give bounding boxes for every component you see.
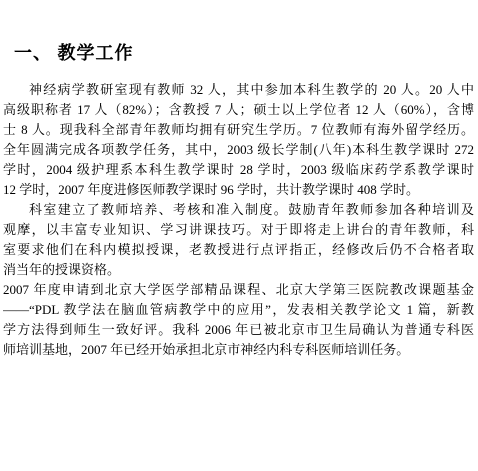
text-line: 科室建立了教师培养、考核和准入制度。鼓励青年教师参加各种培训及 bbox=[3, 200, 474, 220]
text-line: 神经病学教研室现有教师 32 人，其中参加本科生教学的 20 人。20 人中 bbox=[3, 80, 474, 100]
text-line: 全年圆满完成各项教学任务，其中，2003 级长学制(八年)本科生教学课时 272 bbox=[3, 140, 474, 160]
section-heading: 一、 教学工作 bbox=[14, 42, 478, 64]
text-line: 2007 年度申请到北京大学医学部精品课程、北京大学第三医院教改课题基金 bbox=[3, 280, 474, 300]
text-line: 室要求他们在科内模拟授课，老教授进行点评指正，经修改后仍不合格者取 bbox=[3, 240, 474, 260]
document-body: 神经病学教研室现有教师 32 人，其中参加本科生教学的 20 人。20 人中 高… bbox=[0, 80, 478, 360]
text-line: 消当年的授课资格。 bbox=[3, 260, 474, 280]
text-line: 12 学时，2007 年度进修医师教学课时 96 学时，共计教学课时 408 学… bbox=[3, 180, 474, 200]
text-line: 高级职称者 17 人（82%）；含教授 7 人；硕士以上学位者 12 人（60%… bbox=[3, 100, 474, 120]
text-line: 师培训基地，2007 年已经开始承担北京市神经内科专科医师培训任务。 bbox=[3, 340, 474, 360]
text-line: 学时，2004 级护理系本科生教学课时 28 学时，2003 级临床药学系教学课… bbox=[3, 160, 474, 180]
text-line: 士 8 人。现我科全部青年教师均拥有研究生学历。7 位教师有海外留学经历。 bbox=[3, 120, 474, 140]
text-line: 学方法得到师生一致好评。我科 2006 年已被北京市卫生局确认为普通专科医 bbox=[3, 320, 474, 340]
text-line: 观摩，以丰富专业知识、学习讲课技巧。对于即将走上讲台的青年教师，科 bbox=[3, 220, 474, 240]
text-line: ——“PDL 教学法在脑血管病教学中的应用”，发表相关教学论文 1 篇，新教 bbox=[3, 300, 474, 320]
document-page: 一、 教学工作 神经病学教研室现有教师 32 人，其中参加本科生教学的 20 人… bbox=[0, 0, 478, 471]
